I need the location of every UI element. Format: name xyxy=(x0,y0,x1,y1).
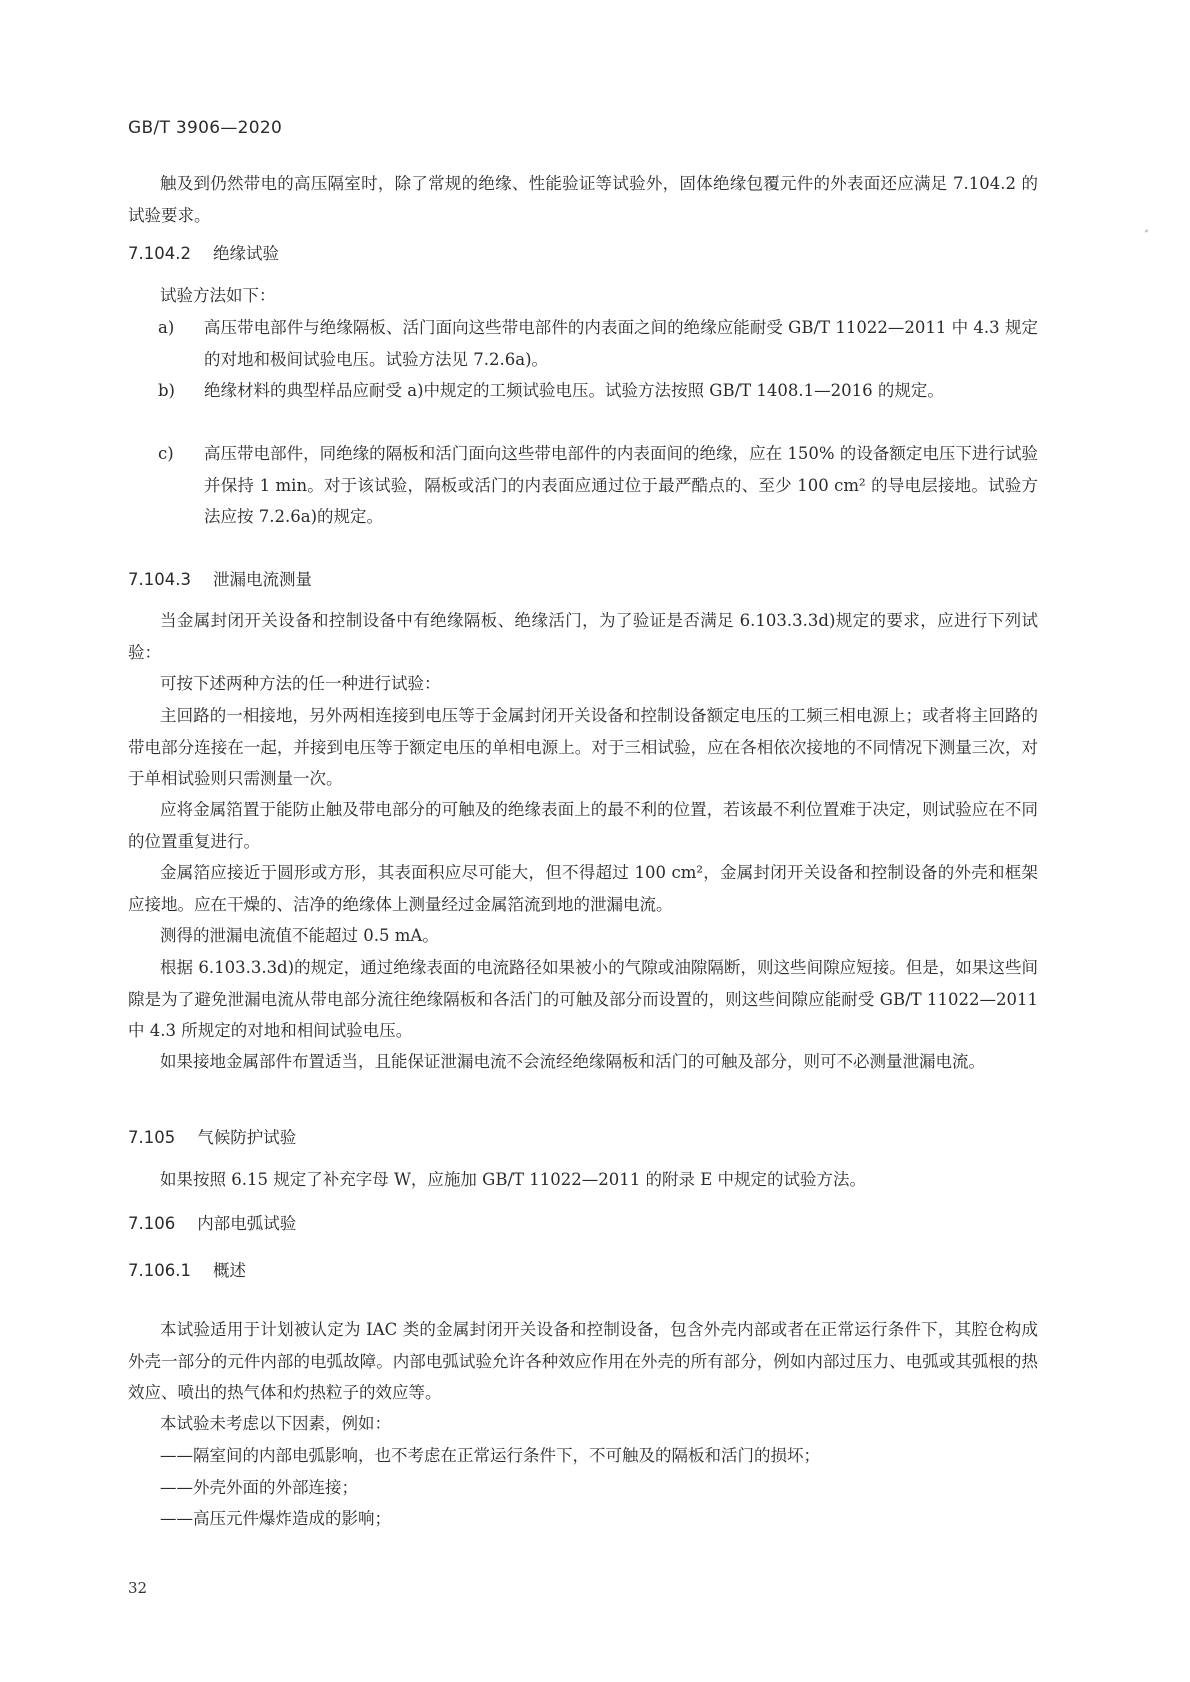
paragraph: 如果接地金属部件布置适当，且能保证泄漏电流不会流经绝缘隔板和活门的可触及部分，则… xyxy=(128,1046,1038,1078)
list-item-b: b) 绝缘材料的典型样品应耐受 a)中规定的工频试验电压。试验方法按照 GB/T… xyxy=(158,375,1038,407)
standard-code-header: GB/T 3906—2020 xyxy=(128,118,282,138)
paragraph: 根据 6.103.3.3d)的规定，通过绝缘表面的电流路径如果被小的气隙或油隙隔… xyxy=(128,952,1038,1047)
section-heading-7-105: 7.105气候防护试验 xyxy=(128,1124,296,1148)
section-title: 气候防护试验 xyxy=(197,1128,296,1147)
section-heading-7-104-2: 7.104.2绝缘试验 xyxy=(128,240,279,264)
section-heading-7-106-1: 7.106.1概述 xyxy=(128,1257,246,1281)
list-text: 高压带电部件与绝缘隔板、活门面向这些带电部件的内表面之间的绝缘应能耐受 GB/T… xyxy=(204,312,1038,375)
section-title: 泄漏电流测量 xyxy=(213,570,312,589)
lead-paragraph: 试验方法如下： xyxy=(128,280,1038,312)
intro-paragraph: 触及到仍然带电的高压隔室时，除了常规的绝缘、性能验证等试验外，固体绝缘包覆元件的… xyxy=(128,168,1038,231)
paragraph: 本试验适用于计划被认定为 IAC 类的金属封闭开关设备和控制设备，包含外壳内部或… xyxy=(128,1314,1038,1409)
paragraph: 应将金属箔置于能防止触及带电部分的可触及的绝缘表面上的最不利的位置，若该最不利位… xyxy=(128,794,1038,857)
scan-speck xyxy=(1145,229,1149,232)
paragraph: 可按下述两种方法的任一种进行试验： xyxy=(128,668,1038,700)
section-title: 绝缘试验 xyxy=(213,244,279,263)
paragraph: 测得的泄漏电流值不能超过 0.5 mA。 xyxy=(128,920,1038,952)
page-number: 32 xyxy=(128,1579,147,1597)
dash-item: ——隔室间的内部电弧影响，也不考虑在正常运行条件下，不可触及的隔板和活门的损坏； xyxy=(160,1440,1038,1472)
section-number: 7.104.2 xyxy=(128,244,191,263)
list-label: b) xyxy=(158,375,198,407)
section-heading-7-106: 7.106内部电弧试验 xyxy=(128,1210,296,1234)
list-text: 绝缘材料的典型样品应耐受 a)中规定的工频试验电压。试验方法按照 GB/T 14… xyxy=(204,375,1038,407)
dash-item: ——高压元件爆炸造成的影响； xyxy=(160,1503,1038,1535)
list-text: 高压带电部件，同绝缘的隔板和活门面向这些带电部件的内表面间的绝缘，应在 150%… xyxy=(204,438,1038,533)
section-number: 7.104.3 xyxy=(128,570,191,589)
paragraph: 主回路的一相接地，另外两相连接到电压等于金属封闭开关设备和控制设备额定电压的工频… xyxy=(128,700,1038,795)
paragraph: 本试验未考虑以下因素，例如： xyxy=(128,1408,1038,1440)
section-number: 7.106.1 xyxy=(128,1261,191,1280)
section-number: 7.105 xyxy=(128,1128,175,1147)
section-heading-7-104-3: 7.104.3泄漏电流测量 xyxy=(128,566,312,590)
section-title: 内部电弧试验 xyxy=(197,1214,296,1233)
list-item-c: c) 高压带电部件，同绝缘的隔板和活门面向这些带电部件的内表面间的绝缘，应在 1… xyxy=(158,438,1038,533)
section-title: 概述 xyxy=(213,1261,246,1280)
list-label: c) xyxy=(158,438,198,470)
list-item-a: a) 高压带电部件与绝缘隔板、活门面向这些带电部件的内表面之间的绝缘应能耐受 G… xyxy=(158,312,1038,375)
paragraph: 当金属封闭开关设备和控制设备中有绝缘隔板、绝缘活门，为了验证是否满足 6.103… xyxy=(128,605,1038,668)
section-number: 7.106 xyxy=(128,1214,175,1233)
dash-item: ——外壳外面的外部连接； xyxy=(160,1472,1038,1504)
paragraph: 如果按照 6.15 规定了补充字母 W，应施加 GB/T 11022—2011 … xyxy=(128,1164,1038,1196)
paragraph: 金属箔应接近于圆形或方形，其表面积应尽可能大，但不得超过 100 cm²，金属封… xyxy=(128,857,1038,920)
list-label: a) xyxy=(158,312,198,344)
